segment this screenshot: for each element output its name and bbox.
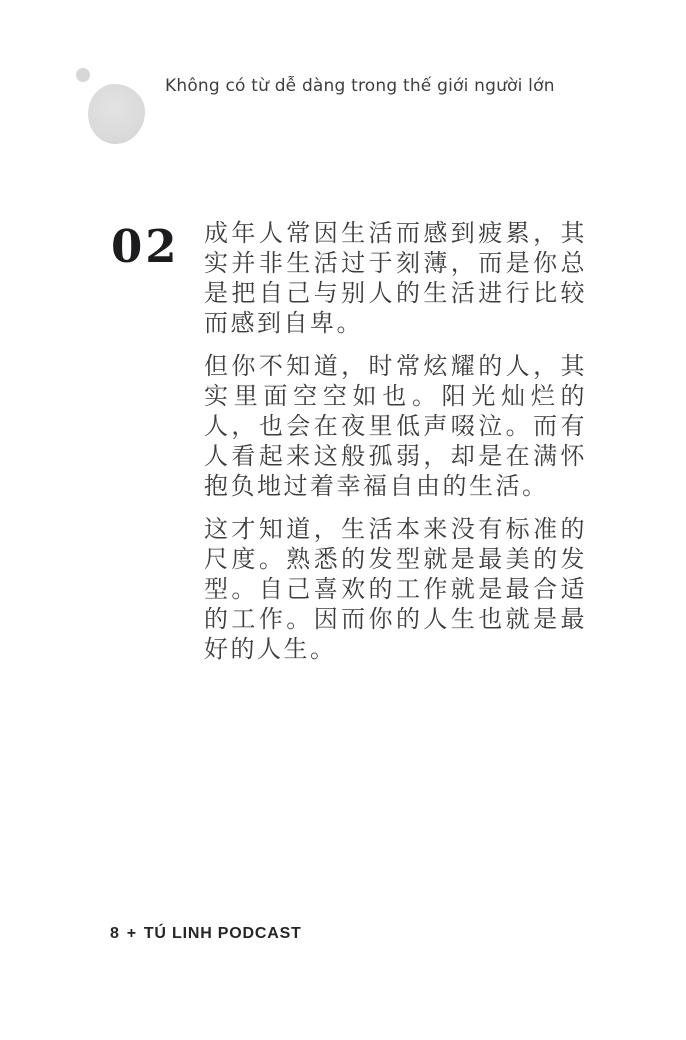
footer-separator: +	[127, 925, 137, 942]
running-title: Không có từ dễ dàng trong thế giới người…	[165, 74, 585, 98]
body-paragraph: 成年人常因生活而感到疲累，其实并非生活过于刻薄，而是你总是把自己与别人的生活进行…	[204, 218, 587, 338]
body-paragraph: 但你不知道，时常炫耀的人，其实里面空空如也。阳光灿烂的人，也会在夜里低声啜泣。而…	[204, 351, 587, 501]
book-title: TÚ LINH PODCAST	[144, 925, 302, 942]
body-paragraph: 这才知道，生活本来没有标准的尺度。熟悉的发型就是最美的发型。自己喜欢的工作就是最…	[204, 514, 587, 664]
watercolor-blob	[88, 84, 145, 144]
page-number: 8	[110, 925, 120, 942]
chapter-body: 成年人常因生活而感到疲累，其实并非生活过于刻薄，而是你总是把自己与别人的生活进行…	[204, 218, 587, 664]
chapter-number: 02	[111, 224, 180, 269]
book-page: Không có từ dễ dàng trong thế giới người…	[0, 0, 686, 1040]
watercolor-dot-small	[76, 68, 90, 82]
page-footer: 8+TÚ LINH PODCAST	[110, 925, 302, 943]
